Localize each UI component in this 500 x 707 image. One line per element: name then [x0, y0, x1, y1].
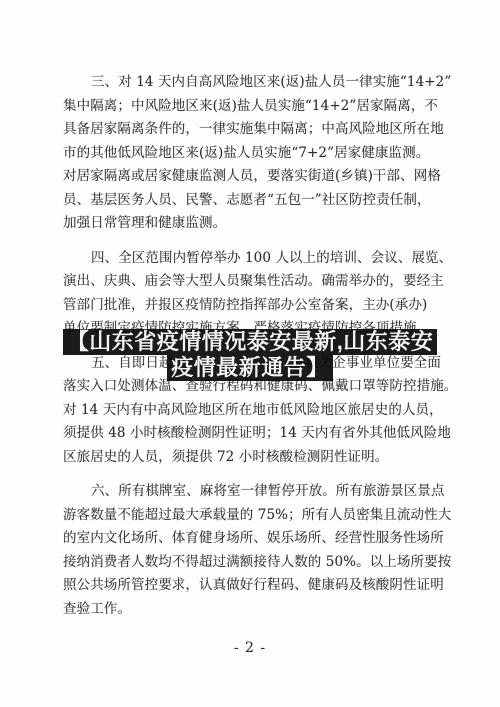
headline-line-2: 疫情最新通告】 — [167, 355, 333, 381]
headline-line-1: 【山东省疫情情况泰安最新,山东泰安 — [63, 329, 438, 355]
doc-line: 四、全区范围内暂停举办 100 人以上的培训、会议、展览、 — [63, 247, 441, 271]
doc-line: 须提供 48 小时核酸检测阴性证明；14 天内有省外其他低风险地 — [63, 422, 441, 446]
doc-line: 集中隔离；中风险地区来(返)盐人员实施“14+2”居家隔离，不 — [63, 95, 441, 119]
page-number: - 2 - — [0, 640, 500, 656]
doc-line: 市的其他低风险地区来(返)盐人员实施“7+2”居家健康监测。 — [63, 142, 441, 166]
doc-line: 游客数量不能超过最大承载量的 75%；所有人员密集且流动性大 — [63, 504, 441, 528]
doc-section: 六、所有棋牌室、麻将室一律暂停开放。所有旅游景区景点游客数量不能超过最大承载量的… — [63, 480, 441, 621]
doc-line: 照公共场所管控要求，认真做好行程码、健康码及核酸阴性证明 — [63, 574, 441, 598]
doc-line: 对居家隔离或居家健康监测人员，要落实街道(乡镇)干部、网格 — [63, 165, 441, 189]
document-page: 三、对 14 天内自高风险地区来(返)盐人员一律实施“14+2”集中隔离；中风险… — [0, 0, 500, 707]
doc-line: 具备居家隔离条件的，一律实施集中隔离；中高风险地区所在地 — [63, 118, 441, 142]
doc-line: 演出、庆典、庙会等大型人员聚集性活动。确需举办的，要经主 — [63, 270, 441, 294]
doc-line: 员、基层医务人员、民警、志愿者“五包一”社区防控责任制， — [63, 189, 441, 213]
doc-line: 查验工作。 — [63, 598, 441, 622]
doc-line: 六、所有棋牌室、麻将室一律暂停开放。所有旅游景区景点 — [63, 480, 441, 504]
doc-section: 三、对 14 天内自高风险地区来(返)盐人员一律实施“14+2”集中隔离；中风险… — [63, 71, 441, 236]
doc-line: 管部门批准，并报区疫情防控指挥部办公室备案，主办(承办) — [63, 294, 441, 318]
doc-line: 区旅居史的人员，须提供 72 小时核酸检测阴性证明。 — [63, 446, 441, 470]
headline-overlay-banner: 【山东省疫情情况泰安最新,山东泰安 疫情最新通告】 — [0, 329, 500, 381]
doc-line: 对 14 天内有中高风险地区所在地市低风险地区旅居史的人员， — [63, 399, 441, 423]
doc-line: 接纳消费者人数均不得超过满额接待人数的 50%。以上场所要按 — [63, 551, 441, 575]
doc-line: 加强日常管理和健康监测。 — [63, 212, 441, 236]
doc-line: 三、对 14 天内自高风险地区来(返)盐人员一律实施“14+2” — [63, 71, 441, 95]
doc-section: 四、全区范围内暂停举办 100 人以上的培训、会议、展览、演出、庆典、庙会等大型… — [63, 247, 441, 341]
doc-line: 的室内文化场所、体育健身场所、娱乐场所、经营性服务性场所 — [63, 527, 441, 551]
